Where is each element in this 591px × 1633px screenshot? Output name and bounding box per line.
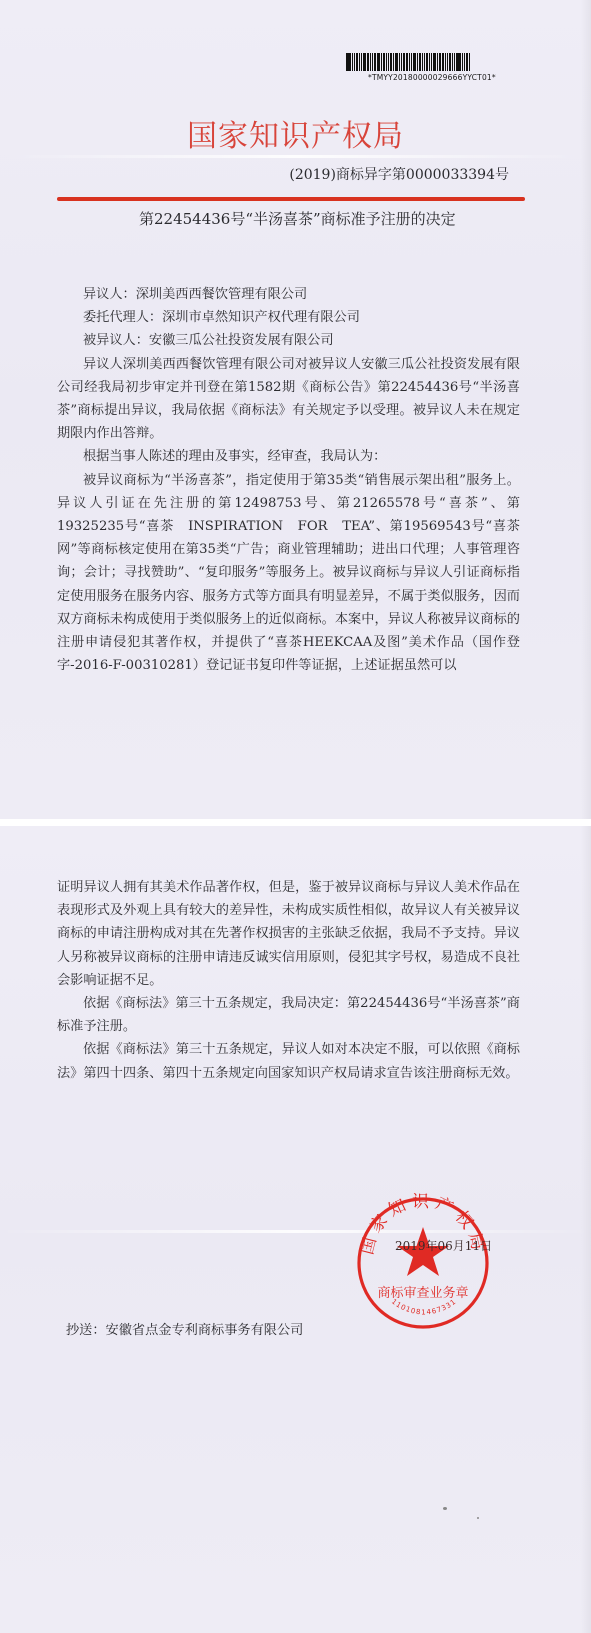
document-number: (2019)商标异字第0000033394号 [289, 164, 509, 184]
barcode-bar [417, 53, 418, 71]
barcode-bar [403, 53, 405, 71]
header-red-rule [57, 197, 525, 201]
barcode-bar [437, 53, 438, 71]
barcode-bar [401, 53, 402, 71]
paragraph-appeal-notice: 依据《商标法》第三十五条规定，异议人如对本决定不服，可以依照《商标法》第四十四条… [57, 1038, 520, 1084]
barcode-bar [433, 53, 436, 71]
paragraph-decision: 依据《商标法》第三十五条规定，我局决定：第22454436号“半汤喜茶”商标准予… [57, 992, 520, 1038]
paper-speck [443, 1507, 447, 1510]
barcode-bar [419, 53, 421, 71]
page-1-body: 异议人：深圳美西西餐饮管理有限公司 委托代理人：深圳市卓然知识产权代理有限公司 … [57, 283, 520, 677]
cc-recipient: 抄送：安徽省点金专利商标事务有限公司 [66, 1319, 303, 1338]
barcode-bar [431, 53, 432, 71]
barcode-bar [346, 53, 351, 71]
paragraph-analysis: 被异议商标为“半汤喜茶”，指定使用于第35类“销售展示架出租”服务上。异议人引证… [57, 469, 520, 678]
respondent-line: 被异议人：安徽三瓜公社投资发展有限公司 [57, 329, 520, 352]
barcode-bar [422, 53, 423, 71]
barcode-bar [352, 53, 353, 71]
barcode-text: *TMYY20180000029666YYCT01* [368, 73, 496, 82]
barcode-bar [456, 53, 461, 71]
barcode-bar [361, 53, 362, 71]
barcode-bar [374, 53, 376, 71]
barcode-bar [377, 53, 380, 71]
barcode-bar [409, 53, 410, 71]
barcode-bar [445, 53, 446, 71]
barcode-bar [429, 53, 430, 71]
barcode-bar [390, 53, 392, 71]
barcode-bar [370, 53, 371, 71]
barcode-bar [372, 53, 373, 71]
barcode-bar [442, 53, 444, 71]
decision-title: 第22454436号“半汤喜茶”商标准予注册的决定 [139, 208, 456, 229]
paper-speck [477, 1517, 479, 1519]
barcode-bar [424, 53, 425, 71]
barcode-bar [411, 53, 412, 71]
decision-date: 2019年06月11日 [395, 1237, 492, 1254]
opponent-line: 异议人：深圳美西西餐饮管理有限公司 [57, 283, 520, 306]
barcode-bar [413, 53, 416, 71]
barcode-bar [462, 53, 463, 71]
paragraph-review-intro: 根据当事人陈述的理由及事实，经审查，我局认为： [57, 445, 520, 468]
barcode-bar [363, 53, 366, 71]
barcode-bar [439, 53, 441, 71]
barcode-graphic [346, 53, 506, 71]
barcode-bar [393, 53, 394, 71]
barcode-bar [447, 53, 448, 71]
barcode-bar [464, 53, 465, 71]
barcode-bar [466, 53, 468, 71]
barcode-bar [395, 53, 398, 71]
page-separator [0, 819, 591, 826]
paragraph-analysis-continued: 证明异议人拥有其美术作品著作权，但是，鉴于被异议商标与异议人美术作品在表现形式及… [57, 876, 520, 992]
barcode-bar [386, 53, 387, 71]
barcode-bar [383, 53, 385, 71]
paragraph-background: 异议人深圳美西西餐饮管理有限公司对被异议人安徽三瓜公社投资发展有限公司经我局初步… [57, 353, 520, 446]
svg-text:商标审查业务章: 商标审查业务章 [377, 1285, 468, 1301]
agent-line: 委托代理人：深圳市卓然知识产权代理有限公司 [57, 306, 520, 329]
barcode-bar [359, 53, 360, 71]
barcode-bar [449, 53, 451, 71]
barcode-bar [406, 53, 408, 71]
barcode-bar [381, 53, 382, 71]
barcode-bar [354, 53, 355, 71]
page-2-body: 证明异议人拥有其美术作品著作权，但是，鉴于被异议商标与异议人美术作品在表现形式及… [57, 876, 520, 1085]
barcode-bar [454, 53, 455, 71]
barcode-bar [469, 53, 470, 71]
barcode-bar [452, 53, 453, 71]
barcode-bar [426, 53, 428, 71]
paper-fold [0, 155, 591, 158]
barcode-bar [367, 53, 369, 71]
official-seal-icon: 国家知识产权局 商标审查业务章 1101081467331 [353, 1193, 493, 1333]
agency-title: 国家知识产权局 [0, 111, 591, 155]
barcode-bar [388, 53, 389, 71]
paper-fold [0, 1230, 591, 1233]
barcode-bar [399, 53, 400, 71]
barcode-bar [356, 53, 358, 71]
